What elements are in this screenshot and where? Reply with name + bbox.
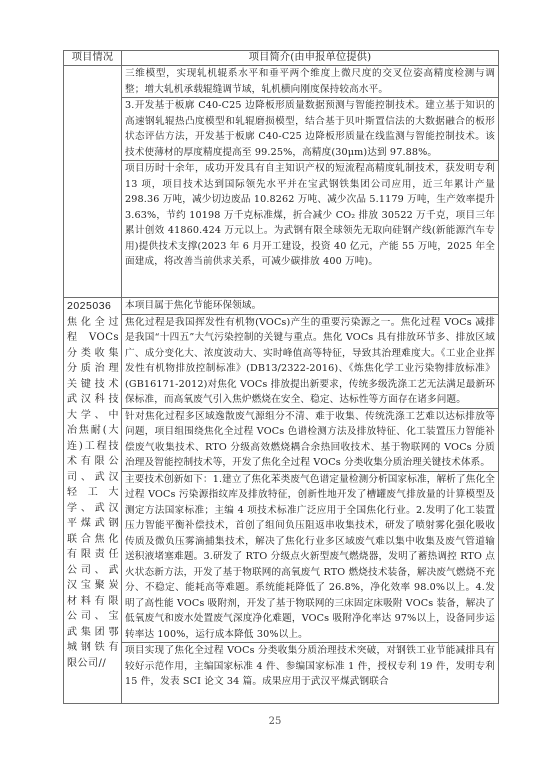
page-number: 25 xyxy=(0,716,550,727)
table-header-row: 项目情况 项目简介(由申报单位提供) xyxy=(64,51,499,66)
summary-paragraph: 焦化过程是我国挥发性有机物(VOCs)产生的重要污染源之一。焦化过程 VOCs … xyxy=(122,314,498,408)
project-summary-cell: 本项目属于焦化节能环保领域。 焦化过程是我国挥发性有机物(VOCs)产生的重要污… xyxy=(122,298,499,704)
project-info-text: 焦化全过程 VOCs 分类收集分质治理关键技术武汉科技大学、中冶焦耐(大连)工程… xyxy=(67,317,119,669)
summary-paragraph: 项目实现了焦化全过程 VOCs 分类收集分质治理技术突破，对钢铁工业节能减排具有… xyxy=(122,642,498,690)
summary-paragraph: 本项目属于焦化节能环保领域。 xyxy=(122,298,498,314)
document-page: 项目情况 项目简介(由申报单位提供) 三维模型，实现轧机辊系水平和垂平两个维度上… xyxy=(0,0,550,778)
summary-paragraph: 主要技术创新如下：1.建立了焦化苯类废气色谱定量检测分析国家标准，解析了焦化全过… xyxy=(122,471,498,643)
project-summary-cell: 三维模型，实现轧机辊系水平和垂平两个维度上微尺度的交叉位姿高精度检测与调整；增大… xyxy=(122,66,499,298)
project-table: 项目情况 项目简介(由申报单位提供) 三维模型，实现轧机辊系水平和垂平两个维度上… xyxy=(63,50,499,704)
header-project-situation: 项目情况 xyxy=(64,51,122,66)
table-row: 2025036 焦化全过程 VOCs 分类收集分质治理关键技术武汉科技大学、中冶… xyxy=(64,298,499,704)
table-row: 三维模型，实现轧机辊系水平和垂平两个维度上微尺度的交叉位姿高精度检测与调整；增大… xyxy=(64,66,499,298)
summary-paragraph: 三维模型，实现轧机辊系水平和垂平两个维度上微尺度的交叉位姿高精度检测与调整；增大… xyxy=(122,66,498,97)
summary-paragraph: 项目历时十余年，成功开发具有自主知识产权的短流程高精度轧制技术，获发明专利 13… xyxy=(122,160,498,270)
summary-paragraph: 3.开发基于板廓 C40-C25 边降板形质量数据预测与智能控制技术。建立基于知… xyxy=(122,97,498,160)
project-info-cell: 2025036 焦化全过程 VOCs 分类收集分质治理关键技术武汉科技大学、中冶… xyxy=(64,298,122,704)
header-project-summary: 项目简介(由申报单位提供) xyxy=(122,51,499,66)
summary-paragraph: 针对焦化过程多区域逸散废气源组分不清、难于收集、传统洗涤工艺难以达标排放等问题，… xyxy=(122,408,498,471)
project-code: 2025036 xyxy=(67,299,119,315)
project-info-cell xyxy=(64,66,122,298)
